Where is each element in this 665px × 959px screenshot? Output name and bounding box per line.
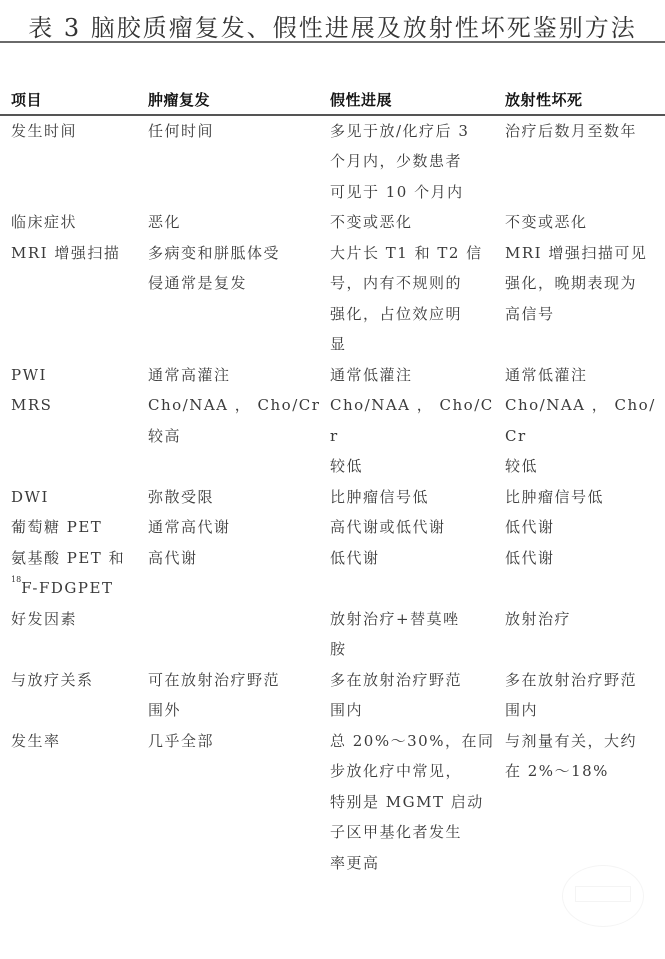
comparison-table: 项目 肿瘤复发 假性进展 放射性坏死 发生时间任何时间多见于放/化疗后 3个月内… [0,86,665,878]
table-row: 与放疗关系可在放射治疗野范围外多在放射治疗野范围内多在放射治疗野范围内 [0,665,665,726]
cell-item: 临床症状 [0,207,148,238]
table-body: 发生时间任何时间多见于放/化疗后 3个月内，少数患者可见于 10 个月内治疗后数… [0,116,665,879]
header-pseudoprogression: 假性进展 [330,86,505,114]
table-row: 葡萄糖 PET通常高代谢高代谢或低代谢低代谢 [0,512,665,543]
cell-line: 子区甲基化者发生 [330,817,501,848]
cell-line: 葡萄糖 PET [11,512,148,543]
cell-line: 大片长 T1 和 T2 信 [330,238,501,269]
cell-line: Cho/NAA ， Cho/Cr [148,390,330,421]
cell-line: 通常低灌注 [330,360,501,391]
cell-line: 率更高 [330,848,501,879]
cell-line: 强化，占位效应明 [330,299,501,330]
cell-line: 总 20%～30%，在同 [330,726,501,757]
cell-line: ​ [148,604,330,635]
cell-line: 在 2%～18% [505,756,665,787]
cell-line: 围内 [505,695,665,726]
cell-line: 不变或恶化 [505,207,665,238]
cell-line: 通常高代谢 [148,512,330,543]
cell-item: 发生时间 [0,116,148,208]
cell-line: 步放化疗中常见， [330,756,501,787]
cell-line: 多见于放/化疗后 3 [330,116,501,147]
cell-pseudoprogression: 通常低灌注 [330,360,505,391]
cell-pseudoprogression: 多在放射治疗野范围内 [330,665,505,726]
header-item: 项目 [0,86,148,114]
cell-pseudoprogression: 低代谢 [330,543,505,604]
cell-line: 放射治疗+替莫唑 [330,604,501,635]
cell-radionecrosis: MRI 增强扫描可见强化，晚期表现为高信号 [505,238,665,360]
cell-pseudoprogression: 高代谢或低代谢 [330,512,505,543]
cell-radionecrosis: 多在放射治疗野范围内 [505,665,665,726]
cell-line: 通常高灌注 [148,360,330,391]
cell-recurrence: 通常高灌注 [148,360,330,391]
cell-line: 放射治疗 [505,604,665,635]
cell-line: 恶化 [148,207,330,238]
cell-radionecrosis: 低代谢 [505,512,665,543]
cell-line: 弥散受限 [148,482,330,513]
cell-line: 高代谢 [148,543,330,574]
table-row: MRI 增强扫描多病变和胼胝体受侵通常是复发大片长 T1 和 T2 信号，内有不… [0,238,665,360]
cell-radionecrosis: 放射治疗 [505,604,665,665]
cell-radionecrosis: 比肿瘤信号低 [505,482,665,513]
cell-line: 多病变和胼胝体受 [148,238,330,269]
table-row: MRSCho/NAA ， Cho/Cr较高Cho/NAA ， Cho/Cr较低C… [0,390,665,482]
cell-pseudoprogression: 多见于放/化疗后 3个月内，少数患者可见于 10 个月内 [330,116,505,208]
cell-line: 低代谢 [505,543,665,574]
cell-line: 通常低灌注 [505,360,665,391]
cell-line: 较高 [148,421,330,452]
cell-radionecrosis: 不变或恶化 [505,207,665,238]
cell-recurrence: 弥散受限 [148,482,330,513]
cell-item: 好发因素 [0,604,148,665]
cell-line: 可在放射治疗野范 [148,665,330,696]
cell-line: 显 [330,329,501,360]
cell-recurrence: ​ [148,604,330,665]
isotope-superscript: 18 [11,575,21,584]
cell-recurrence: 通常高代谢 [148,512,330,543]
cell-line: 比肿瘤信号低 [330,482,501,513]
table-row: 发生时间任何时间多见于放/化疗后 3个月内，少数患者可见于 10 个月内治疗后数… [0,116,665,208]
cell-item: DWI [0,482,148,513]
cell-line: 与剂量有关，大约 [505,726,665,757]
cell-recurrence: 恶化 [148,207,330,238]
cell-line: 多在放射治疗野范 [330,665,501,696]
cell-recurrence: 任何时间 [148,116,330,208]
cell-line: 侵通常是复发 [148,268,330,299]
cell-radionecrosis: Cho/NAA ， Cho/Cr较低 [505,390,665,482]
cell-line: 几乎全部 [148,726,330,757]
cell-line: 低代谢 [505,512,665,543]
cell-item: 发生率 [0,726,148,879]
cell-line: 氨基酸 PET 和 [11,543,148,574]
table-row: 氨基酸 PET 和18F-FDGPET高代谢低代谢低代谢 [0,543,665,604]
cell-pseudoprogression: 不变或恶化 [330,207,505,238]
cell-line: 治疗后数月至数年 [505,116,665,147]
table-row: 临床症状恶化不变或恶化不变或恶化 [0,207,665,238]
cell-radionecrosis: 低代谢 [505,543,665,604]
table-row: PWI通常高灌注通常低灌注通常低灌注 [0,360,665,391]
cell-line: 低代谢 [330,543,501,574]
cell-line: 较低 [505,451,665,482]
top-rule [0,41,665,43]
cell-line: 可见于 10 个月内 [330,177,501,208]
cell-line: 不变或恶化 [330,207,501,238]
cell-line: 比肿瘤信号低 [505,482,665,513]
cell-line: 个月内，少数患者 [330,146,501,177]
cell-recurrence: Cho/NAA ， Cho/Cr较高 [148,390,330,482]
cell-line: Cho/NAA ， Cho/Cr [505,390,665,451]
cell-item: 氨基酸 PET 和18F-FDGPET [0,543,148,604]
watermark-logo [562,865,644,927]
cell-line: MRI 增强扫描可见 [505,238,665,269]
cell-line: 较低 [330,451,501,482]
cell-recurrence: 多病变和胼胝体受侵通常是复发 [148,238,330,360]
cell-item: 葡萄糖 PET [0,512,148,543]
cell-item: MRI 增强扫描 [0,238,148,360]
cell-item: MRS [0,390,148,482]
table-row: DWI弥散受限比肿瘤信号低比肿瘤信号低 [0,482,665,513]
cell-pseudoprogression: 大片长 T1 和 T2 信号，内有不规则的强化，占位效应明显 [330,238,505,360]
cell-line: 多在放射治疗野范 [505,665,665,696]
cell-line: PWI [11,360,148,391]
cell-line: 任何时间 [148,116,330,147]
cell-radionecrosis: 治疗后数月至数年 [505,116,665,208]
cell-line: 号，内有不规则的 [330,268,501,299]
cell-line: MRI 增强扫描 [11,238,148,269]
cell-line: 发生率 [11,726,148,757]
cell-line: 与放疗关系 [11,665,148,696]
cell-item: PWI [0,360,148,391]
cell-line: 围内 [330,695,501,726]
cell-pseudoprogression: 放射治疗+替莫唑胺 [330,604,505,665]
cell-line: MRS [11,390,148,421]
header-recurrence: 肿瘤复发 [148,86,330,114]
watermark-logo-box [575,886,631,902]
cell-line: 高代谢或低代谢 [330,512,501,543]
header-radionecrosis: 放射性坏死 [505,86,665,114]
cell-pseudoprogression: 总 20%～30%，在同步放化疗中常见，特别是 MGMT 启动子区甲基化者发生率… [330,726,505,879]
cell-item: 与放疗关系 [0,665,148,726]
cell-line: 胺 [330,634,501,665]
cell-line: 18F-FDGPET [11,573,148,604]
cell-pseudoprogression: 比肿瘤信号低 [330,482,505,513]
cell-radionecrosis: 通常低灌注 [505,360,665,391]
table-row: 发生率几乎全部总 20%～30%，在同步放化疗中常见，特别是 MGMT 启动子区… [0,726,665,879]
table-header-row: 项目 肿瘤复发 假性进展 放射性坏死 [0,86,665,114]
cell-line: 临床症状 [11,207,148,238]
cell-line: 高信号 [505,299,665,330]
cell-line: Cho/NAA ， Cho/Cr [330,390,501,451]
cell-radionecrosis: 与剂量有关，大约在 2%～18% [505,726,665,879]
cell-line: 围外 [148,695,330,726]
cell-recurrence: 可在放射治疗野范围外 [148,665,330,726]
cell-line: 特别是 MGMT 启动 [330,787,501,818]
cell-recurrence: 高代谢 [148,543,330,604]
cell-recurrence: 几乎全部 [148,726,330,879]
cell-line: DWI [11,482,148,513]
cell-line: 强化，晚期表现为 [505,268,665,299]
cell-line: 好发因素 [11,604,148,635]
table-row: 好发因素​放射治疗+替莫唑胺放射治疗 [0,604,665,665]
cell-line: 发生时间 [11,116,148,147]
cell-line-text: F-FDGPET [21,579,113,597]
cell-pseudoprogression: Cho/NAA ， Cho/Cr较低 [330,390,505,482]
